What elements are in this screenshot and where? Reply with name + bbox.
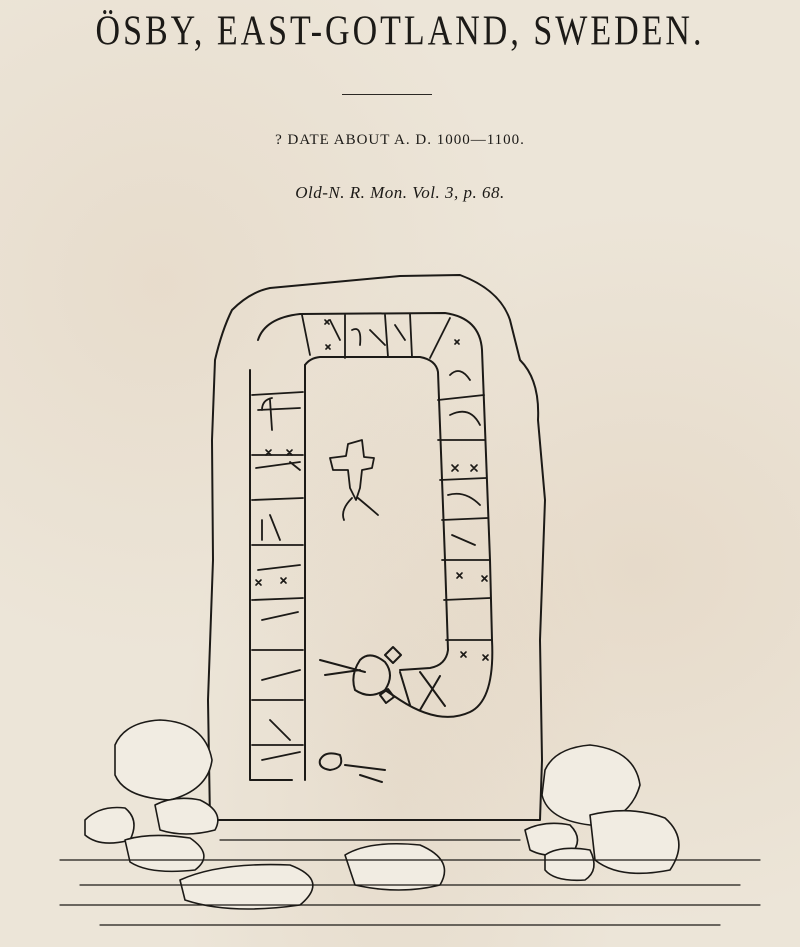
runes-left xyxy=(252,392,303,760)
runes-top xyxy=(302,314,450,358)
x-marks xyxy=(256,320,488,660)
date-line: ? DATE ABOUT A. D. 1000—1100. xyxy=(0,132,800,149)
reference-line: Old-N. R. Mon. Vol. 3, p. 68. xyxy=(0,183,800,203)
title-divider xyxy=(342,94,432,95)
runestone-illustration xyxy=(0,260,800,947)
cross-icon xyxy=(330,440,378,520)
serpent-head xyxy=(320,647,445,710)
page-title: ÖSBY, EAST-GOTLAND, SWEDEN. xyxy=(0,8,800,56)
boulders xyxy=(85,720,679,909)
